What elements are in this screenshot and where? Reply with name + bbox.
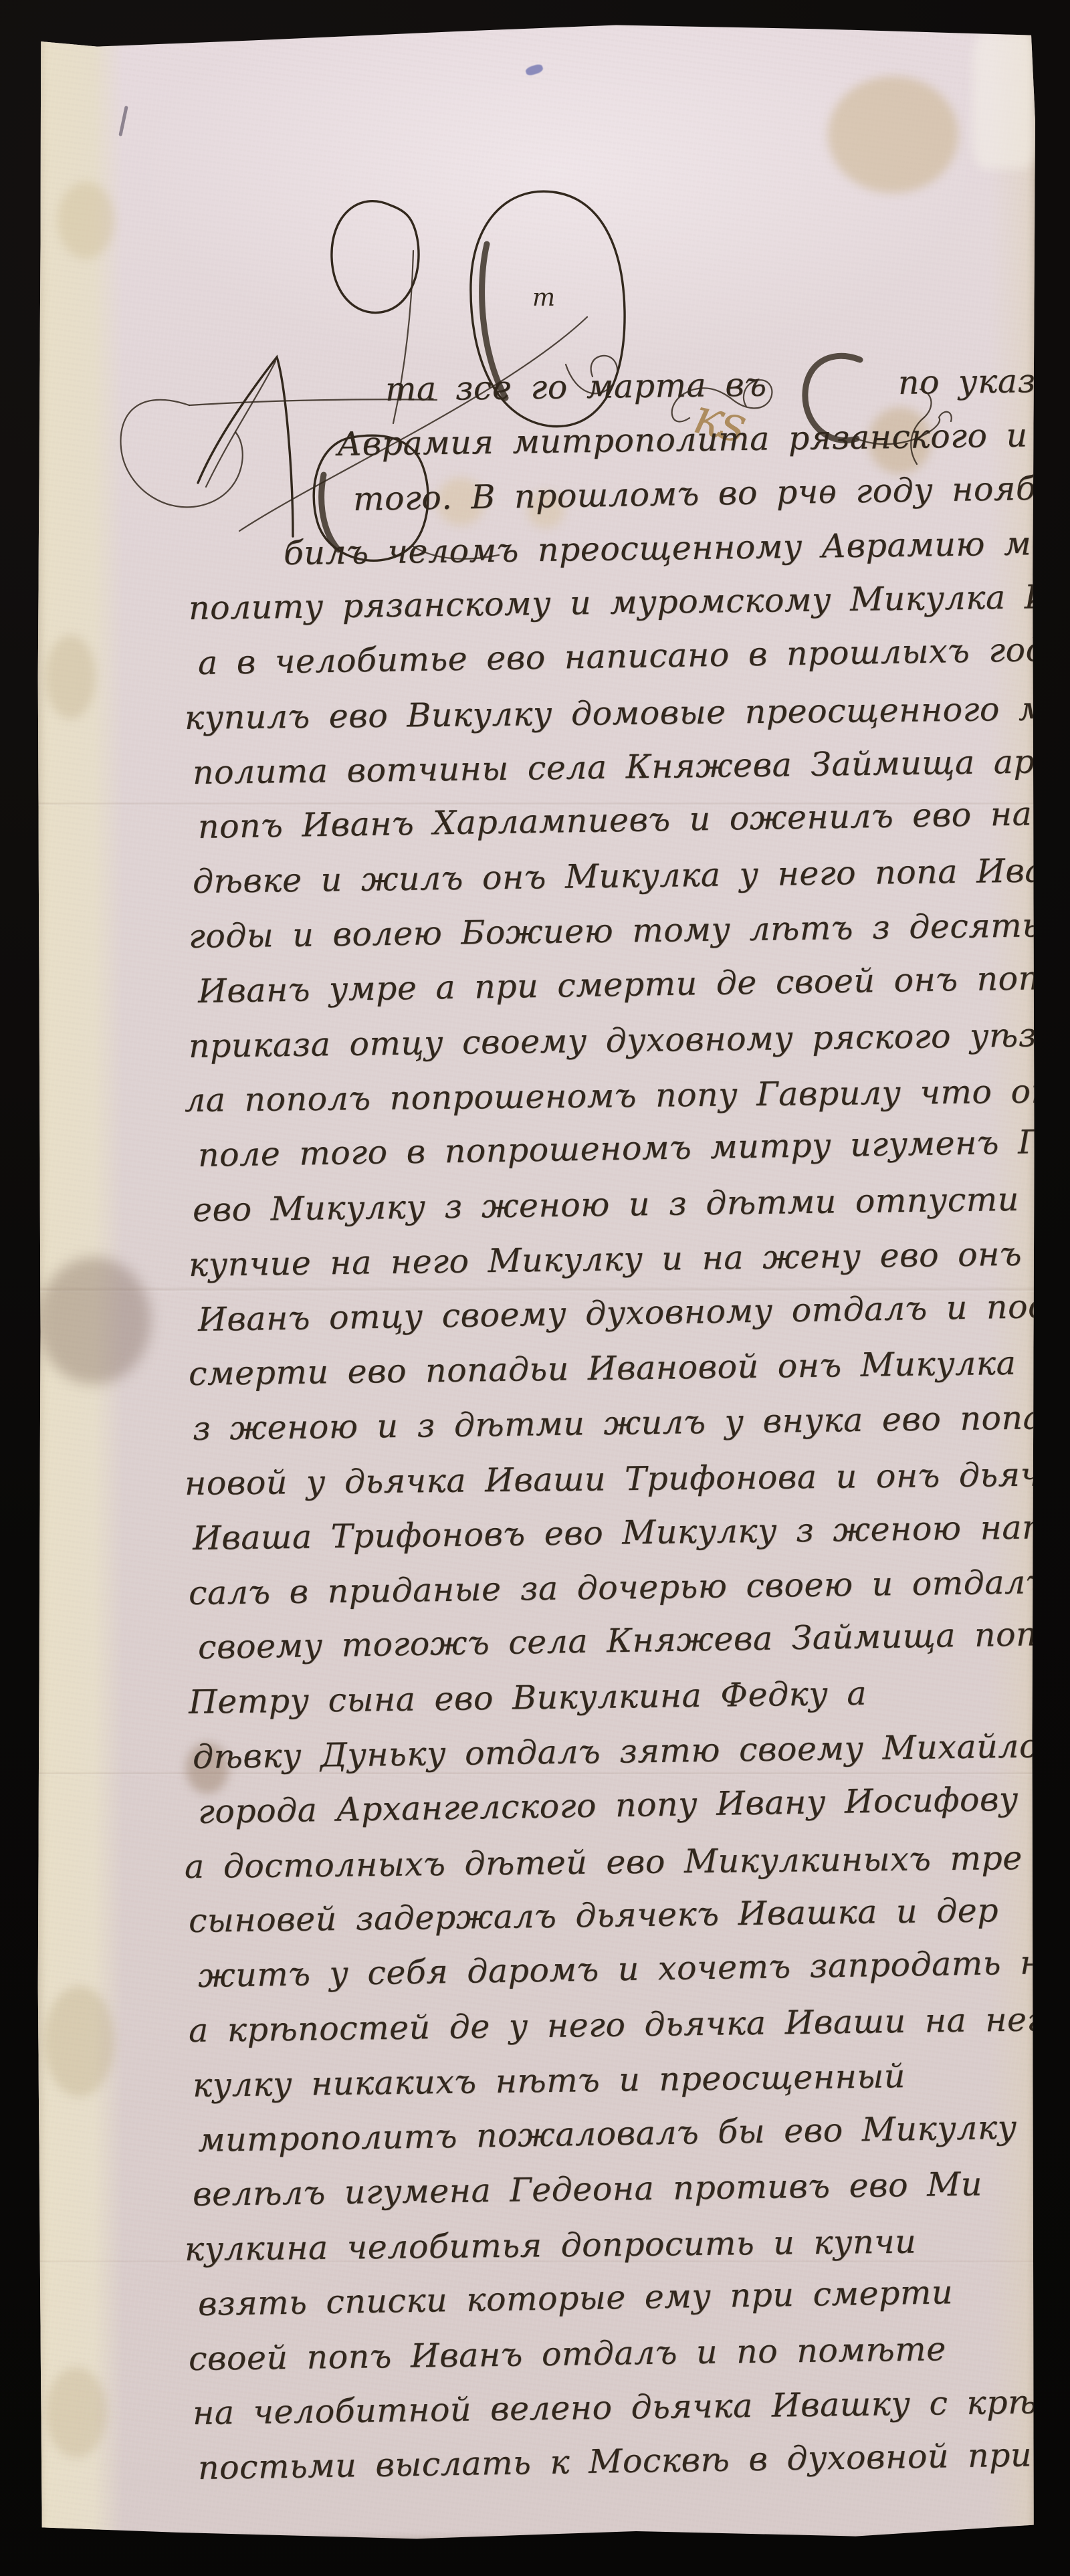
manuscript-text-block: та зсе го марта въ по указу преосщеннаго…: [37, 362, 1035, 2496]
manuscript-line: Иваша Трифоновъ ево Микулку з женою напи: [192, 1500, 1035, 1566]
archive-number-inner-mark: т: [532, 284, 555, 312]
manuscript-line: а крѣпостей де у него дьячка Иваши на не…: [188, 1992, 1035, 2058]
ink-slash-mark: [118, 106, 128, 136]
manuscript-line: приказа отцу своему духовному ряского уѣ…: [188, 1008, 1035, 1073]
stain: [58, 182, 114, 259]
manuscript-line: з женою и з дѣтми жилъ у внука ево попад…: [192, 1391, 1035, 1457]
manuscript-line: та зсе го марта въ по указу преосщеннаго: [385, 354, 1035, 417]
manuscript-page: т кѕ та зсе го марта въ по указу преосще…: [37, 20, 1035, 2543]
manuscript-line: велѣлъ игумена Гедеона противъ ево Ми: [192, 2157, 1035, 2222]
photo-black-background: т кѕ та зсе го марта въ по указу преосще…: [0, 0, 1070, 2576]
manuscript-line: того. В прошломъ во рчѳ году ноября въ к…: [352, 461, 1035, 526]
torn-edge-highlight: [972, 32, 1035, 169]
stain: [828, 76, 958, 193]
blue-ink-tick: [525, 63, 544, 76]
manuscript-line: Аврамия митрополита рязанского и муро: [336, 408, 1035, 472]
